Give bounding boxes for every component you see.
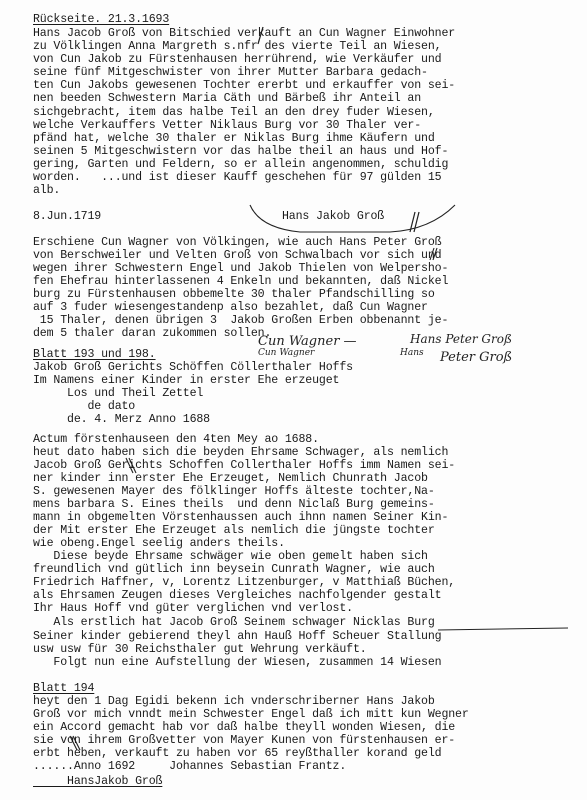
text-line: Actum förstenhauseen den 4ten Mey ao 168… [33,433,319,446]
text-line: burg zu Fürstenhausen obbemelte 30 thale… [33,288,435,301]
text-line: ein Accord gemacht hab vor daß halbe the… [33,721,455,734]
text-line: erbt heben, verkauft zu haben vor 65 rey… [33,747,441,760]
text-line: gering, Garten und Feldern, so er allein… [33,158,448,171]
text-line: von Berschweiler und Velten Groß von Sch… [33,249,441,262]
text-line: Im Namens einer Kinder in erster Ehe erz… [33,374,339,387]
text-line: seinen 5 Mitgeschwistern vor das halbe t… [33,145,448,158]
text-line: heut dato haben sich die beyden Ehrsame … [33,446,448,459]
text-line: ner kinder inn erster Ehe Erzeuget, Neml… [33,472,428,485]
text-line: Jakob Groß Gerichts Schöffen Cöllerthale… [33,361,353,374]
text-line: Hans Jacob Groß von Bitschied verkauft a… [33,27,455,40]
text-line: fen Ehefrau hinterlassenen 4 Enkeln und … [33,275,448,288]
text-line: Diese beyde Ehrsame schwäger wie oben ge… [33,550,428,563]
text-line: mens barbara S. Eines theils und denn Ni… [33,498,435,511]
date-heading: 8.Jun.1719 [33,210,101,223]
text-line: zu Völklingen Anna Margreth s.nfr des vi… [33,40,441,53]
text-line: Seiner kinder gebierend theyl ahn Hauß H… [33,630,441,643]
section-heading-blatt-194: Blatt 194 [33,682,94,695]
text-line: sichgebracht, item das halbe Teil an den… [33,106,435,119]
text-line: de. 4. Merz Anno 1688 [33,413,210,426]
text-line: alb. [33,184,60,197]
handwritten-signature: Peter Groß [440,350,512,365]
text-line: mann in obgemelten Vörstenhaussen auch i… [33,511,448,524]
text-line: Ihr Haus Hoff vnd güter verglichen vnd v… [33,602,353,615]
text-line: wie obeng.Engel seelig anders theils. [33,537,285,550]
text-line: Jacob Groß Gerichts Schoffen Collerthale… [33,459,455,472]
text-line: 15 Thaler, denen übrigen 3 Jakob Großen … [33,314,448,327]
text-line: Als erstlich hat Jacob Groß Seinem schwa… [33,616,435,629]
text-line: wegen ihrer Schwestern Engel und Jakob T… [33,262,448,275]
section-heading-blatt-193: Blatt 193 und 198. [33,348,156,361]
text-line: ten Cun Jakobs gewesenen Tochter ererbt … [33,79,455,92]
text-line: Groß vor mich vnndt mein Schwester Engel… [33,708,469,721]
text-line: heyt den 1 Dag Egidi bekenn ich vndersch… [33,695,435,708]
typed-signature: Hans Jakob Groß [282,210,384,223]
text-line: S. gewesenen Mayer des fölklinger Hoffs … [33,485,435,498]
text-line: als Ehrsamen Zeugen dieses Vergleiches n… [33,589,441,602]
text-line: sie von ihrem Großvetter von Mayer Kunen… [33,734,455,747]
text-line: nen beeden Schwestern Maria Cäth und Bär… [33,92,421,105]
text-line: Friedrich Haffner, v, Lorentz Litzenburg… [33,576,455,589]
text-line: ......Anno 1692 Johannes Sebastian Frant… [33,760,346,773]
text-line: worden. ...und ist dieser Kauff geschehe… [33,171,441,184]
text-line: auf 3 fuder wiesengestandenp also bezahl… [33,301,428,314]
text-line: Folgt nun eine Aufstellung der Wiesen, z… [33,656,441,669]
text-line: freundlich vnd gütlich inn beysein Cunra… [33,563,435,576]
text-line: von Cun Jakob zu Fürstenhausen herrühren… [33,53,441,66]
text-line: welche Verkauffers Vetter Niklaus Burg v… [33,119,421,132]
handwritten-signature: Cun Wagner [258,348,314,358]
scanned-document-page: Rückseite. 21.3.1693 Hans Jacob Groß von… [0,0,587,800]
text-line: Los und Theil Zettel [33,387,203,400]
text-line: pfänd hat, welche 30 thaler er Niklas Bu… [33,132,435,145]
heading-rueckseite: Rückseite. 21.3.1693 [33,13,169,26]
text-line: de dato [33,400,135,413]
handwritten-signature: Hans Peter Groß [410,332,512,346]
text-line: seine fünf Mitgeschwister von ihrer Mutt… [33,66,428,79]
typed-signature-hansjakob: HansJakob Groß [33,775,162,788]
text-line: usw usw für 30 Reichsthaler gut Wehrung … [33,643,367,656]
text-line: der Mit erster Ehe Erzeuget als nemlich … [33,524,435,537]
text-line: Erschiene Cun Wagner von Völkingen, wie … [33,236,441,249]
text-line: dem 5 thaler daran zukommen sollen. [33,327,271,340]
handwritten-signature: Hans [400,348,424,358]
handwritten-signature: Cun Wagner — [258,334,357,349]
